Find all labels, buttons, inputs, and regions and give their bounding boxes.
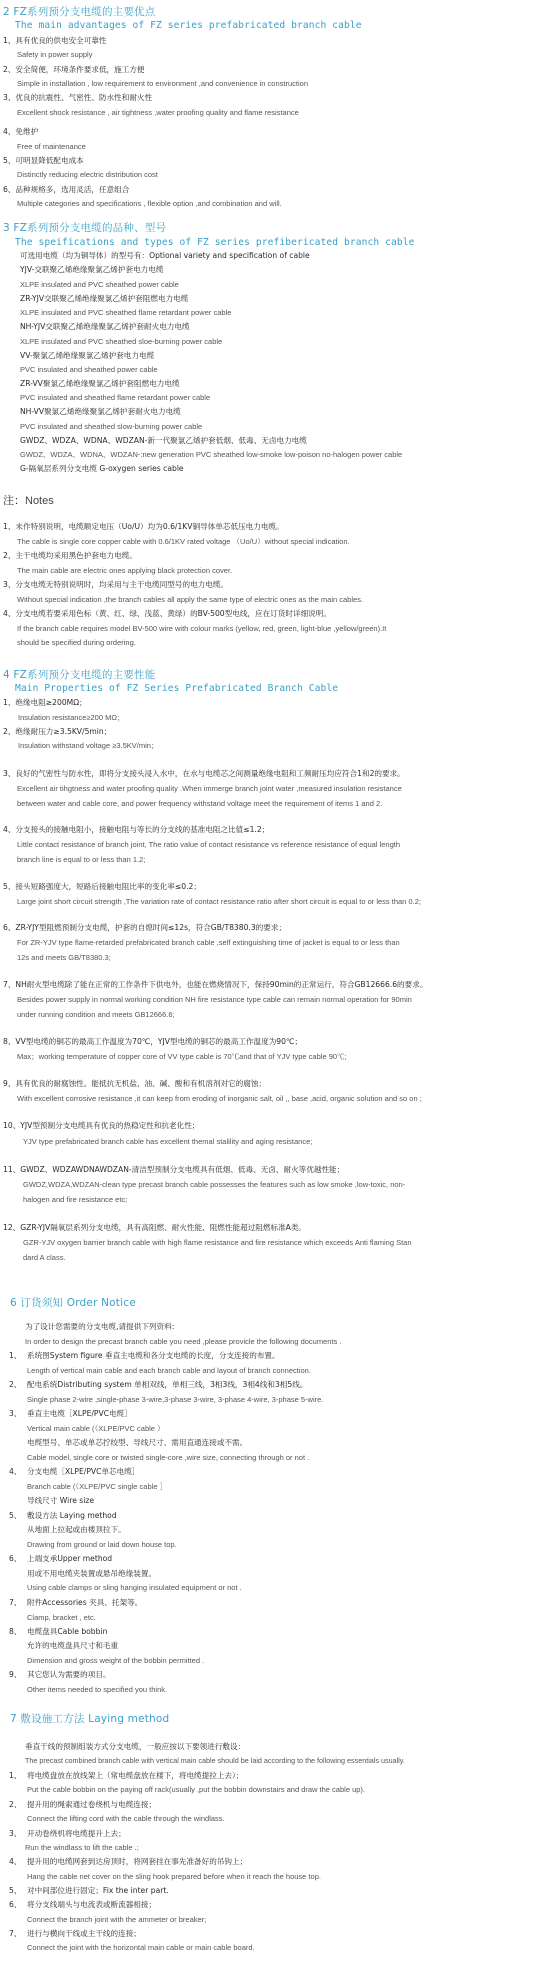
order-item-line: 敷设方法 Laying method (27, 1512, 117, 1520)
section-3-subtitle: The speifications and types of FZ series… (15, 237, 415, 248)
note-2-en: The main cable are electric ones applyin… (17, 567, 232, 575)
order-item-line: 分支电缆［XLPE/PVC单芯电缆］ (27, 1468, 139, 1476)
laying-step-num: 5、 (9, 1887, 21, 1895)
cable-type-line: GWDZ、WDZA、WDNA、WDZAN-:new generation PVC… (20, 451, 402, 459)
cable-type-line: YJV-交联聚乙烯绝缘聚氯乙烯护套电力电缆 (20, 266, 163, 274)
advantage-1-cn: 1、具有优良的供电安全可靠性 (3, 37, 107, 45)
note-4-en: If the branch cable requires model BV-50… (17, 625, 386, 633)
laying-step-line: 提升用的电缆网套到达房顶时，将网套挂在事先准备好的吊钩上； (27, 1858, 247, 1866)
property-4-en-cont: branch line is equal to or less than 1.2… (17, 856, 145, 864)
laying-step-num: 3、 (9, 1830, 21, 1838)
laying-step-line: Run the windlass to lift the cable .; (25, 1844, 139, 1852)
cable-type-line: PVC insulated and sheathed flame retarda… (20, 394, 210, 402)
cable-type-line: NH-YJV交联聚乙烯绝缘聚氯乙烯护套耐火电力电缆 (20, 323, 190, 331)
notes-title-cn: 注： (3, 494, 25, 507)
order-item-line: 其它您认为需要的项目。 (27, 1671, 111, 1679)
property-9-en: With excellent corrosive resistance ,it … (17, 1095, 422, 1103)
property-12-en: GZR-YJV oxygen barrier branch cable with… (23, 1239, 412, 1247)
cable-type-line: NH-VV聚氯乙烯绝缘聚氯乙烯护套耐火电力电缆 (20, 408, 181, 416)
cable-type-line: XLPE insulated and PVC sheathed power ca… (20, 281, 179, 289)
property-3-en-cont: between water and cable core, and power … (17, 800, 382, 808)
laying-step-line: 将电缆盘放在放线架上（常电缆盘放在楼下，将电缆提拉上去）； (27, 1772, 243, 1780)
order-item-num: 7、 (9, 1599, 21, 1607)
note-2-cn: 2、主干电缆均采用黑色护套电力电缆。 (3, 552, 137, 560)
property-4-en: Little contact resistance of branch join… (17, 841, 400, 849)
laying-step-line: 进行与横向干线或主干线的连接； (27, 1930, 141, 1938)
property-12-en-cont: dard A class. (23, 1254, 66, 1262)
order-item-line: 附件Accessories 夹具、托架等。 (27, 1599, 142, 1607)
note-3-cn: 3、分支电缆无特别说明时，均采用与主干电缆同型号的电力电缆。 (3, 581, 228, 589)
order-item-num: 1、 (9, 1352, 21, 1360)
order-item-num: 2、 (9, 1381, 21, 1389)
laying-step-line: Connect the branch joint with the ammete… (27, 1916, 206, 1924)
advantage-6-en: Multiple categories and specifications ,… (17, 200, 282, 208)
property-5-en: Large joint short circuit strength ,The … (17, 898, 421, 906)
property-11-cn: 11、GWDZ、WDZAWDNAWDZAN-清洁型预制分支电缆具有低烟、低毒、无… (3, 1166, 344, 1174)
order-item-line: 导线尺寸 Wire size (27, 1497, 94, 1505)
property-2-en: Insulation withstand voltage ≥3.5KV/min； (18, 742, 158, 750)
laying-step-num: 6、 (9, 1901, 21, 1909)
order-item-line: Vertical main cable (（XLPE/PVC cable ） (27, 1425, 165, 1433)
property-7-en-cont: under running condition and meets GB1266… (17, 1011, 175, 1019)
advantage-2-en: Simple in installation , low requirement… (17, 80, 308, 88)
advantage-5-en: Distinctly reducing electric distributio… (17, 171, 158, 179)
order-item-num: 5、 (9, 1512, 21, 1520)
order-item-line: Other items needed to specified you thin… (27, 1686, 167, 1694)
property-9-cn: 9、具有优良的耐腐蚀性。能抵抗无机盐、油、碱、酸和有机溶剂对它的腐蚀； (3, 1080, 266, 1088)
property-5-cn: 5、接头短路强度大，短路后接触电阻比率的变化率≤0.2； (3, 883, 201, 891)
order-item-num: 8、 (9, 1628, 21, 1636)
property-7-en: Besides power supply in normal working c… (17, 996, 412, 1004)
cable-type-line: ZR-YJV交联聚乙烯绝缘聚氯乙烯护套阻燃电力电缆 (20, 295, 188, 303)
order-item-line: Single phase 2-wire ,single-phase 3-wire… (27, 1396, 323, 1404)
order-item-num: 4、 (9, 1468, 21, 1476)
laying-step-line: Connect the joint with the horizontal ma… (27, 1944, 255, 1952)
order-item-line: 配电系统Distributing system 单相双线，单相三线，3相3线，3… (27, 1381, 307, 1389)
order-item-line: Using cable clamps or sling hanging insu… (27, 1584, 242, 1592)
section-2-title: 2 FZ系列预分支电缆的主要优点 (3, 4, 155, 19)
order-item-line: 垂直主电缆［XLPE/PVC电缆］ (27, 1410, 132, 1418)
order-item-line: Cable model, single core or twisted sing… (27, 1454, 309, 1462)
property-8-cn: 8、VV型电缆的铜芯的最高工作温度为70℃，YJV型电缆的铜芯的最高工作温度为9… (3, 1038, 302, 1046)
order-item-num: 9、 (9, 1671, 21, 1679)
laying-step-line: Put the cable bobbin on the paying off r… (27, 1786, 365, 1794)
advantage-1-en: Safety in power supply (17, 51, 92, 59)
property-3-cn: 3、良好的气密性与防水性，即将分支接头浸入水中，在水与电缆芯之间测量绝缘电阻和工… (3, 770, 405, 778)
property-7-cn: 7、NH耐火型电缆除了能在正常的工作条件下供电外，也能在燃烧情况下，保持90mi… (3, 981, 427, 989)
laying-step-num: 4、 (9, 1858, 21, 1866)
order-item-line: 上端支承Upper method (27, 1555, 112, 1563)
order-item-line: Drawing from ground or laid down house t… (27, 1541, 177, 1549)
order-item-line: Length of vertical main cable and each b… (27, 1367, 311, 1375)
note-3-en: Without special indication ,the branch c… (17, 596, 363, 604)
order-item-line: Clamp, bracket , etc. (27, 1614, 96, 1622)
laying-step-num: 7、 (9, 1930, 21, 1938)
section-3-title: 3 FZ系列预分支电缆的品种、型号 (3, 220, 166, 235)
order-item-line: 从地面上拉起或由楼顶拉下。 (27, 1526, 126, 1534)
order-item-line: 电缆型号、单芯或单芯拧绞型、导线尺寸、需用直通连接或不需。 (27, 1439, 247, 1447)
laying-intro-cn: 垂直干线的预制组装方式分支电缆，一般应按以下要领进行敷设： (25, 1743, 245, 1751)
notes-title: 注：Notes (3, 492, 54, 508)
property-3-en: Excellent air tihgtness and water proofi… (17, 785, 402, 793)
laying-step-line: 将分支线端头与电流表或断流器相接； (27, 1901, 156, 1909)
section-4-title: 4 FZ系列预分支电缆的主要性能 (3, 667, 155, 682)
order-intro-en: In order to design the precast branch ca… (25, 1338, 341, 1346)
section-6-title: 6 订货须知 Order Notice (10, 1295, 136, 1310)
advantage-4-cn: 4、免维护 (3, 128, 38, 136)
advantage-3-en: Excellent shock resistance , air tightne… (17, 109, 299, 117)
cable-type-line: 可选用电缆（均为铜导体）的型号有：Optional variety and sp… (20, 252, 310, 260)
notes-title-en: Notes (25, 495, 54, 507)
advantage-3-cn: 3、优良的抗震性、气密性、防水性和耐火性 (3, 94, 152, 102)
property-6-en-cont: 12s and meets GB/T8380.3; (17, 954, 111, 962)
cable-type-line: XLPE insulated and PVC sheathed sloe-bur… (20, 338, 222, 346)
section-4-subtitle: Main Properties of FZ Series Prefabricat… (15, 683, 338, 694)
property-11-en-cont: halogen and fire resistance etc; (23, 1196, 127, 1204)
cable-type-line: PVC insulated and sheathed slow-burning … (20, 423, 202, 431)
laying-step-line: Connect the lifting cord with the cable … (27, 1815, 225, 1823)
note-1-en: The cable is single core copper cable wi… (17, 538, 350, 546)
order-item-line: 用或不用电缆夹装置或悬吊绝缘装置。 (27, 1570, 156, 1578)
laying-step-line: 提升用的绳索通过卷绕机与电缆连接； (27, 1801, 156, 1809)
section-2-subtitle: The main advantages of FZ series prefabr… (15, 20, 362, 31)
property-2-cn: 2、绝缘耐压力≥3.5KV/5min； (3, 728, 111, 736)
property-6-en: For ZR-YJV type flame-retarded prefabric… (17, 939, 400, 947)
cable-type-line: G-隔氧层系列分支电缆 G-oxygen series cable (20, 465, 184, 473)
property-4-cn: 4、分支接头的接触电阻小，接触电阻与等长的分支线的基准电阻之比值≤1.2； (3, 826, 269, 834)
order-item-line: Dimension and gross weight of the bobbin… (27, 1657, 204, 1665)
order-item-line: 允许的电缆盘具尺寸和毛重 (27, 1642, 118, 1650)
note-4-cn: 4、分支电缆若要采用色标（黄、红、绿、浅蓝、黄绿）的BV-500型电线，应在订货… (3, 610, 331, 618)
property-10-en: YJV type prefabricated branch cable has … (23, 1138, 312, 1146)
property-1-cn: 1、绝缘电阻≥200MΩ； (3, 699, 87, 707)
order-item-num: 6、 (9, 1555, 21, 1563)
laying-step-num: 1、 (9, 1772, 21, 1780)
laying-step-line: 对中间部位进行固定；Fix the inter part. (27, 1887, 169, 1895)
note-4-en-cont: should be specified during ordering. (17, 639, 136, 647)
section-7-title: 7 敷设施工方法 Laying method (10, 1711, 169, 1726)
property-6-cn: 6、ZR-YJY型阻燃预制分支电缆，护套的自熄时间≤12s，符合GB/T8380… (3, 924, 286, 932)
property-10-cn: 10、YJV型预制分支电缆具有优良的热稳定性和抗老化性； (3, 1122, 199, 1130)
advantage-5-cn: 5、可明显降低配电成本 (3, 157, 84, 165)
order-intro-cn: 为了设计您需要的分支电缆,请提供下列资料: (25, 1323, 174, 1331)
order-item-line: 系统图System figure 垂直主电缆和各分支电缆的长度，分支连接的布置。 (27, 1352, 280, 1360)
property-8-en: Max；working temperature of copper core o… (17, 1053, 347, 1061)
note-1-cn: 1、未作特别说明，电缆额定电压（Uo/U）均为0.6/1KV铜导体单芯低压电力电… (3, 523, 284, 531)
property-11-en: GWDZ,WDZA,WDZAN-clean type precast branc… (23, 1181, 405, 1189)
cable-type-line: PVC insulated and sheathed power cable (20, 366, 158, 374)
advantage-6-cn: 6、品种规格多，选用灵活，任意组合 (3, 186, 129, 194)
laying-step-line: 开动卷绕机将电缆提升上去； (27, 1830, 126, 1838)
cable-type-line: XLPE insulated and PVC sheathed flame re… (20, 309, 231, 317)
laying-step-line: Hang the cable net cover on the sling ho… (27, 1873, 321, 1881)
laying-intro-en: The precast combined branch cable with v… (25, 1757, 405, 1764)
property-1-en: Insulation resistance≥200 MΩ； (18, 714, 124, 722)
property-12-cn: 12、GZR-YJV隔氧层系列分支电缆，具有高阻燃、耐火性能、阻燃性能超过阻燃标… (3, 1224, 306, 1232)
cable-type-line: VV-聚氯乙烯绝缘聚氯乙烯护套电力电缆 (20, 352, 154, 360)
order-item-line: Branch cable (（XLPE/PVC single cable ］ (27, 1483, 167, 1491)
order-item-num: 3、 (9, 1410, 21, 1418)
advantage-2-cn: 2、安全简便，环境条件要求低，施工方便 (3, 66, 145, 74)
laying-step-num: 2、 (9, 1801, 21, 1809)
advantage-4-en: Free of maintenance (17, 143, 86, 151)
order-item-line: 电缆盘具Cable bobbin (27, 1628, 107, 1636)
cable-type-line: GWDZ、WDZA、WDNA、WDZAN-新一代聚氯乙烯护套低烟、低毒、无卤电力… (20, 437, 307, 445)
cable-type-line: ZR-VV聚氯乙烯绝缘聚氯乙烯护套阻燃电力电缆 (20, 380, 180, 388)
